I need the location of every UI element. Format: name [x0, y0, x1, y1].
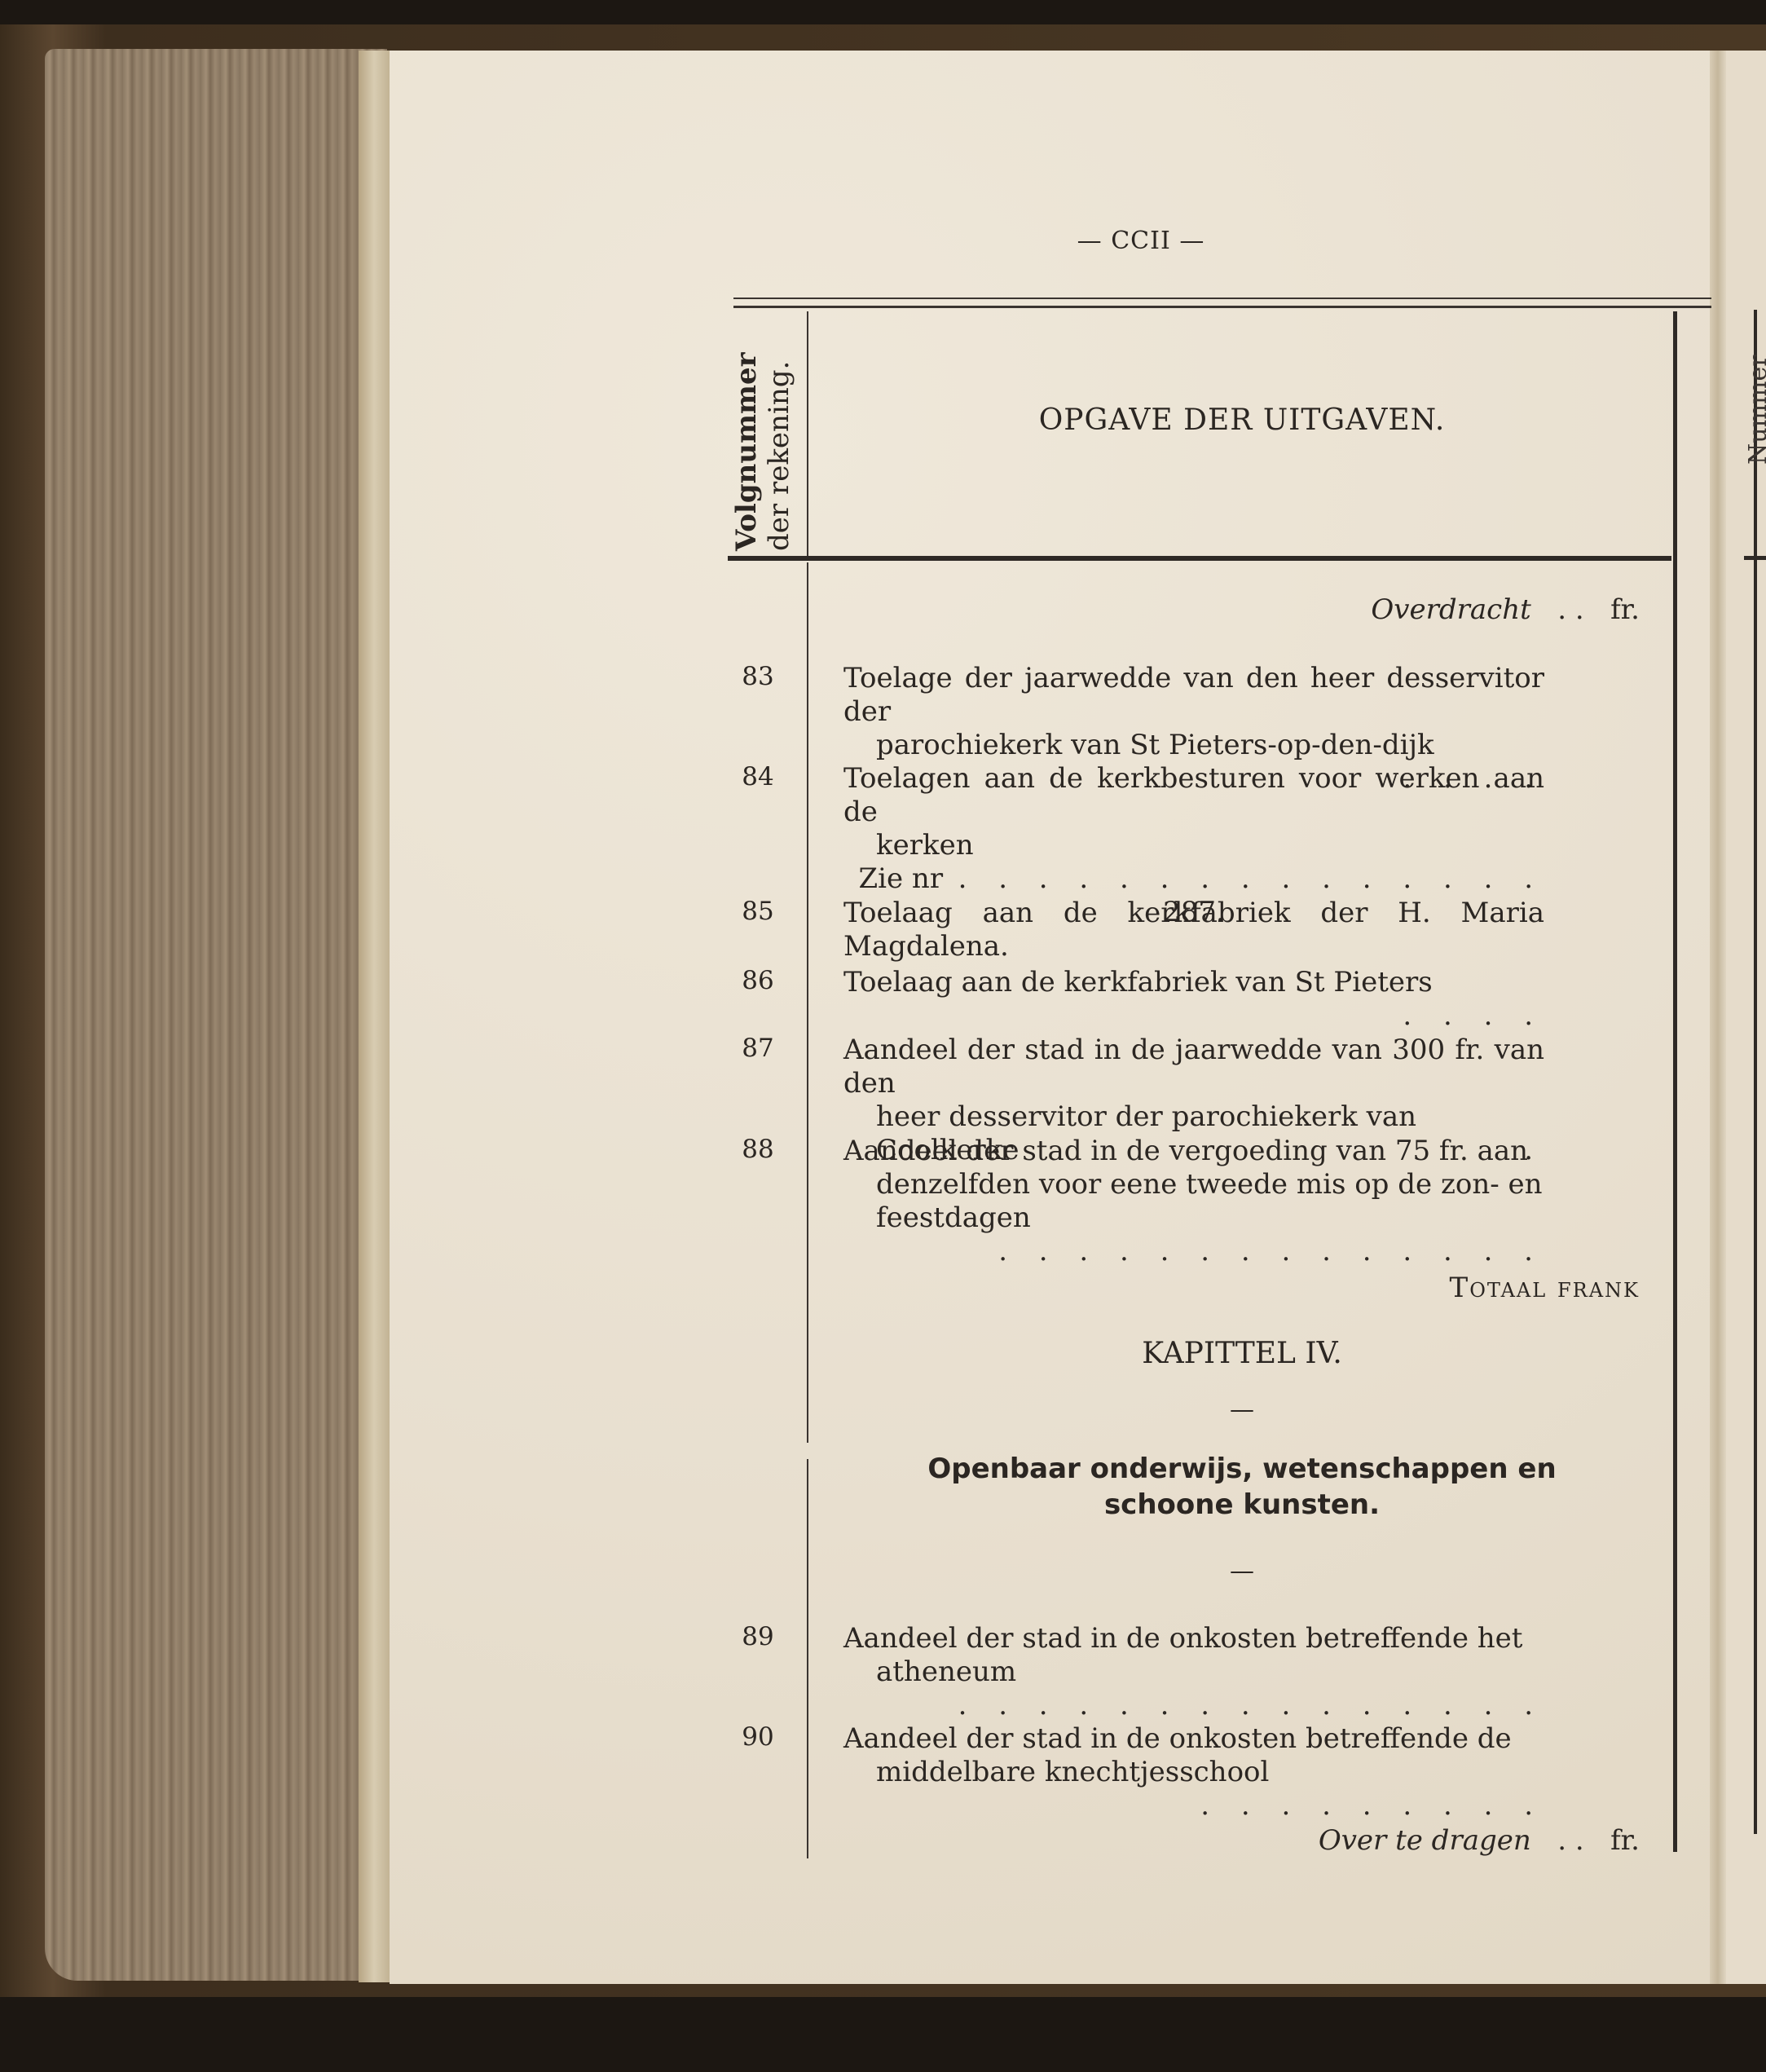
entry-leader: . . . . . . . . . . . . . .: [998, 1235, 1544, 1268]
entry-line: middelbare knechtjesschool: [876, 1756, 1269, 1788]
body-column-separator: [807, 562, 808, 1443]
column-header-number: Volgnummer der rekening.: [725, 310, 805, 554]
facing-page-border: [1754, 310, 1757, 1834]
facing-page-header: Nummer: [1744, 355, 1766, 465]
entry-number: 83: [725, 662, 791, 691]
entry-line: parochiekerk van St Pieters-op-den-dijk: [876, 729, 1434, 761]
entry-line: Toelaag aan de kerkfabriek van St Pieter…: [843, 966, 1433, 999]
chapter-dash: —: [811, 1395, 1673, 1424]
carry-in-unit: fr.: [1610, 593, 1640, 626]
column-header-line2: der rekening.: [763, 361, 795, 551]
entry-leader: . . . . . . . . . . . . . . .: [958, 1689, 1544, 1722]
entry-description: Toelaag aan de kerkfabriek van St Pieter…: [843, 966, 1544, 1033]
chapter-subtitle-line: schoone kunsten.: [1104, 1488, 1380, 1521]
entry-number: 86: [725, 966, 791, 995]
chapter-title: KAPITTEL IV.: [811, 1337, 1673, 1370]
body-column-separator-lower: [807, 1459, 808, 1858]
entry-description: Aandeel der stad in de onkosten betreffe…: [843, 1622, 1544, 1722]
entry-number: 84: [725, 762, 791, 791]
entry-number: 90: [725, 1722, 791, 1752]
carry-in-dots: . .: [1557, 593, 1583, 626]
top-rule: [733, 298, 1711, 299]
chapter-dash: —: [811, 1557, 1673, 1585]
column-header-description: OPGAVE DER UITGAVEN.: [811, 403, 1673, 437]
entry-line: feestdagen: [876, 1201, 1031, 1234]
entry-leader: . . . . . . . . .: [1200, 1789, 1544, 1823]
entry-line: Aandeel der stad in de jaarwedde van 300…: [843, 1034, 1544, 1100]
entry-description: Aandeel der stad in de vergoeding van 75…: [843, 1135, 1544, 1268]
facing-page-edge: [1726, 51, 1766, 1984]
carry-out-dots: . .: [1557, 1824, 1583, 1857]
entry-line: Toelagen aan de kerkbesturen voor werken…: [843, 762, 1544, 828]
entry-line: kerken: [876, 829, 974, 862]
page-number: — CCII —: [1059, 227, 1222, 255]
chapter-subtitle: Openbaar onderwijs, wetenschappen en sch…: [811, 1451, 1673, 1523]
header-column-separator: [807, 311, 808, 556]
top-rule-double: [733, 306, 1711, 308]
column-header-line1: Volgnummer: [730, 352, 763, 551]
entry-number: 89: [725, 1622, 791, 1651]
total-label: Totaal frank: [1450, 1272, 1640, 1304]
entry-number: 88: [725, 1135, 791, 1164]
entry-leader: . . . .: [1403, 999, 1544, 1033]
entry-line: denzelfden voor eene tweede mis op de zo…: [843, 1168, 1544, 1201]
book-gutter: [1710, 51, 1726, 1984]
right-table-border: [1673, 311, 1677, 1852]
entry-line: Toelage der jaarwedde van den heer desse…: [843, 662, 1544, 728]
carry-out-unit: fr.: [1610, 1824, 1640, 1857]
page-stack-fold: [359, 51, 390, 1982]
entry-line: Aandeel der stad in de onkosten betreffe…: [843, 1722, 1512, 1755]
chapter-subtitle-line: Openbaar onderwijs, wetenschappen en: [927, 1453, 1556, 1485]
entry-number: 87: [725, 1034, 791, 1063]
entry-line: atheneum: [876, 1655, 1016, 1688]
carry-out-label: Over te dragen: [1319, 1824, 1531, 1857]
entry-number: 85: [725, 897, 791, 926]
entry-leader: . . . . . . . . . . . . . . .: [958, 862, 1544, 896]
entry-line: Toelaag aan de kerkfabriek der H. Maria …: [843, 897, 1544, 963]
entry-description: Aandeel der stad in de onkosten betreffe…: [843, 1722, 1544, 1823]
carry-in-label: Overdracht: [1371, 593, 1530, 626]
facing-page-rule: [1744, 556, 1766, 560]
entry-description: Toelaag aan de kerkfabriek der H. Maria …: [843, 897, 1544, 963]
entry-line: Aandeel der stad in de vergoeding van 75…: [843, 1135, 1528, 1167]
page-stack-edge: [45, 49, 387, 1981]
header-rule: [728, 556, 1671, 561]
entry-line: Aandeel der stad in de onkosten betreffe…: [843, 1622, 1522, 1655]
